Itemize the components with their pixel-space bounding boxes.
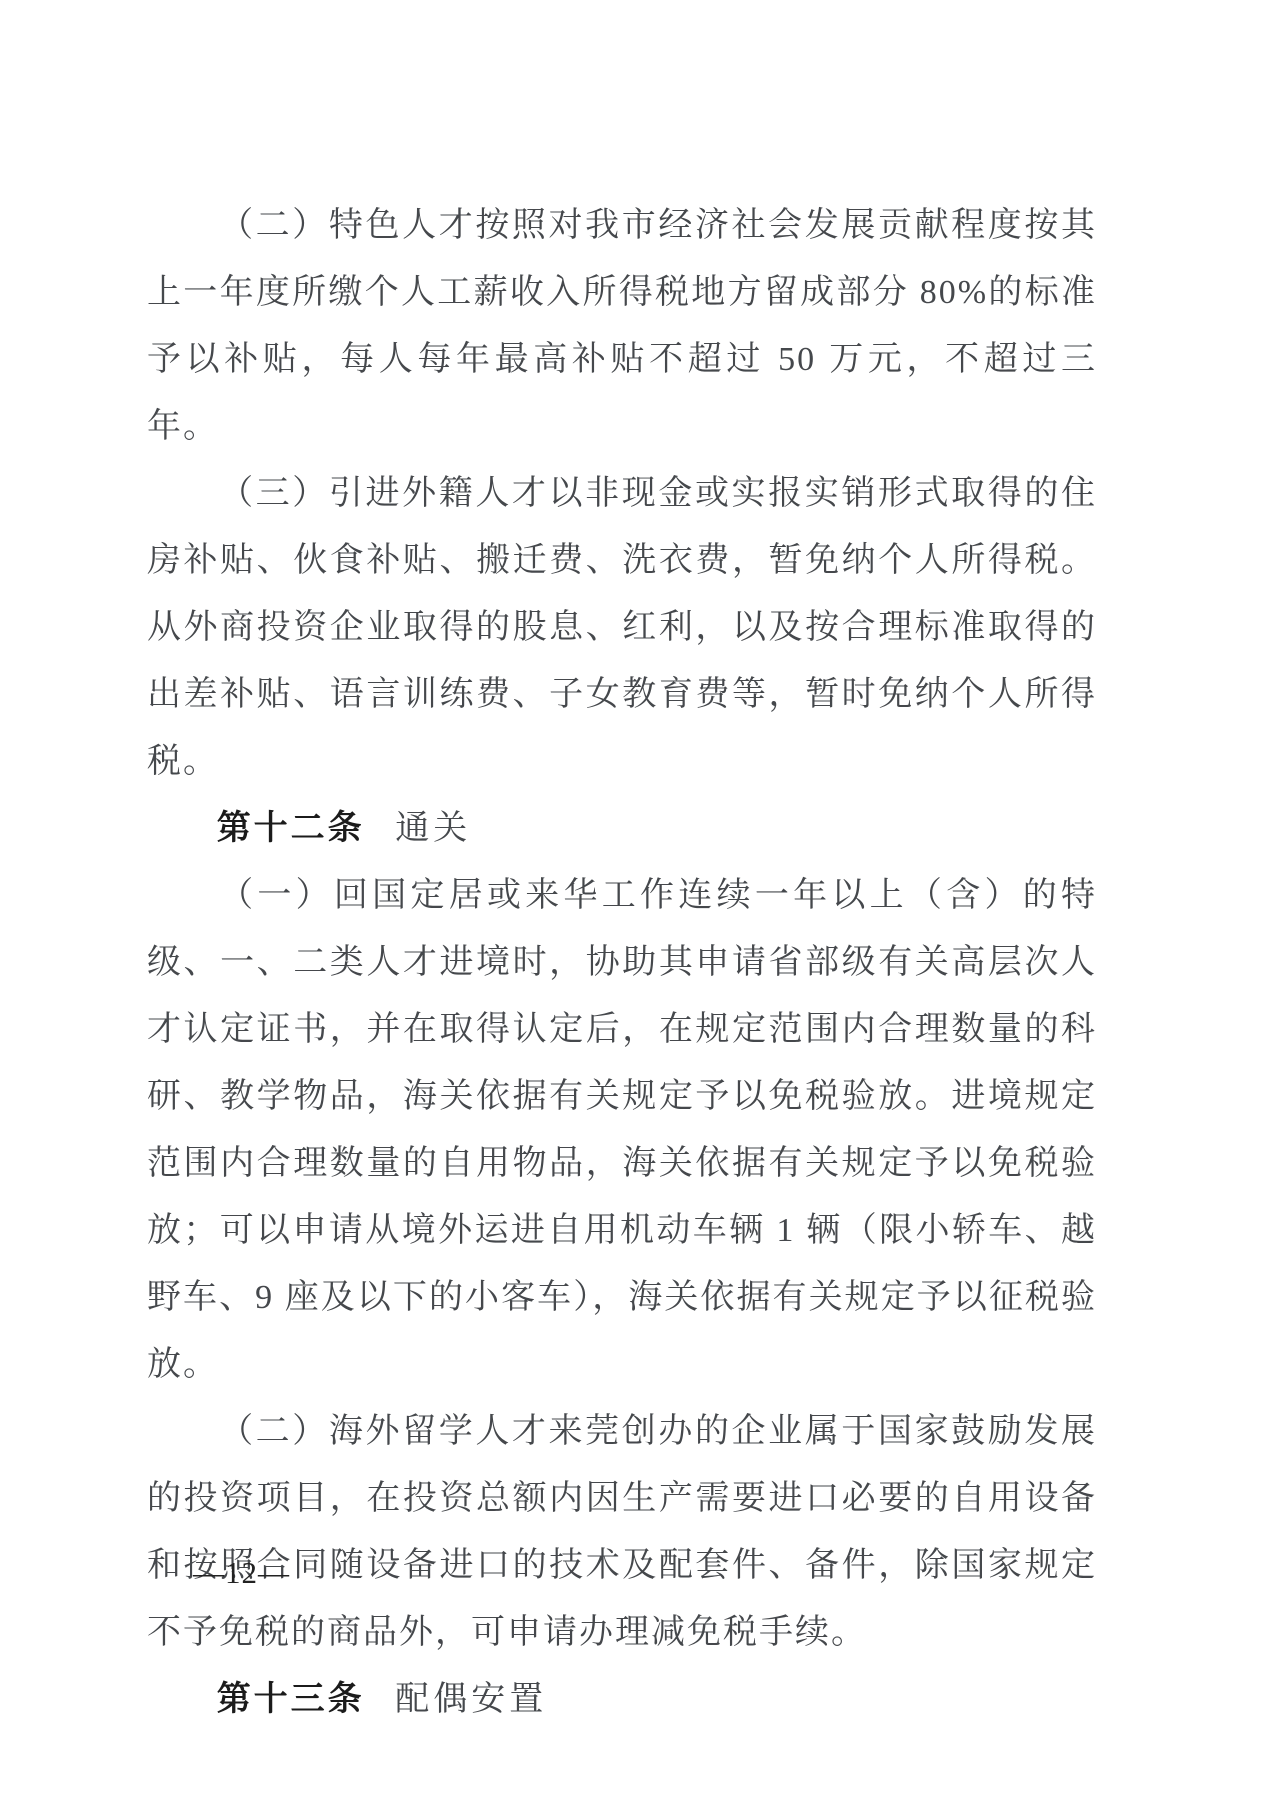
article-12-number: 第十二条 [217,809,365,847]
article-13-number: 第十三条 [217,1680,365,1718]
article-12-title: 通关 [395,810,471,847]
document-page: （二）特色人才按照对我市经济社会发展贡献程度按其上一年度所缴个人工薪收入所得税地… [0,0,1280,1810]
article-12-heading: 第十二条通关 [147,795,1097,862]
page-number: —12— [193,1553,290,1593]
article-13-heading: 第十三条配偶安置 [147,1666,1097,1733]
paragraph-customs-clearance-item2: （二）海外留学人才来莞创办的企业属于国家鼓励发展的投资项目，在投资总额内因生产需… [147,1398,1097,1666]
document-body: （二）特色人才按照对我市经济社会发展贡献程度按其上一年度所缴个人工薪收入所得税地… [147,192,1097,1733]
paragraph-foreign-talent-tax-exemption: （三）引进外籍人才以非现金或实报实销形式取得的住房补贴、伙食补贴、搬迁费、洗衣费… [147,460,1097,795]
paragraph-customs-clearance-item1: （一）回国定居或来华工作连续一年以上（含）的特级、一、二类人才进境时，协助其申请… [147,862,1097,1398]
article-13-title: 配偶安置 [395,1681,547,1718]
paragraph-subsidy-special-talent: （二）特色人才按照对我市经济社会发展贡献程度按其上一年度所缴个人工薪收入所得税地… [147,192,1097,460]
